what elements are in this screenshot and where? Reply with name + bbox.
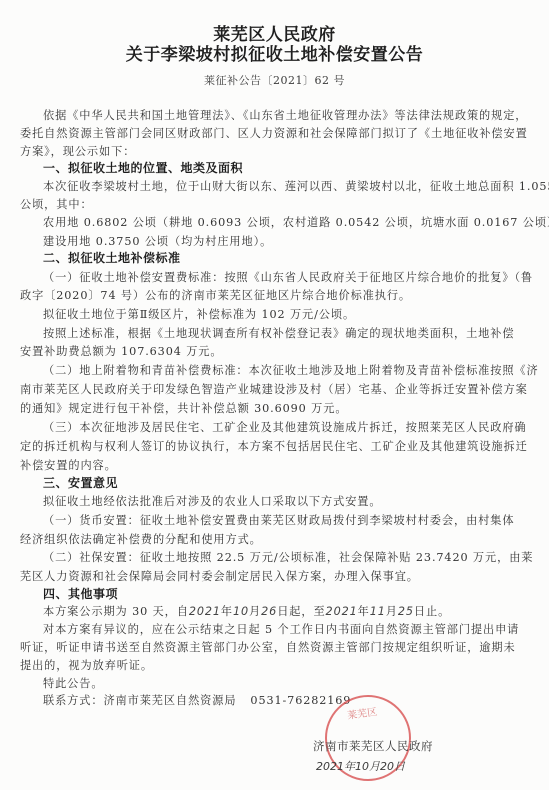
section-2-item-1-line-3: 拟征收土地位于第Ⅱ级区片，补偿标准为 102 万元/公顷。 [43, 307, 532, 322]
end-suffix: 日止。 [414, 605, 450, 618]
section-2-item-3-line-1: （三）本次征地涉及居民住宅、工矿企业及其他建筑设施成片拆迁，按照莱芜区人民政府确 [43, 420, 532, 435]
section-3-line-1: 拟征收土地经依法批准后对涉及的农业人口采取以下方式安置。 [43, 494, 532, 509]
end-month-handwritten: 11 [370, 605, 386, 618]
intro-line-3: 方案》，现公示如下： [20, 144, 532, 159]
end-day-handwritten: 25 [398, 605, 414, 618]
year-label: 年 [221, 605, 233, 618]
section-1-line-3: 农用地 0.6802 公顷（耕地 0.6093 公顷，农村道路 0.0542 公… [43, 215, 532, 230]
start-year-handwritten: 2021 [189, 605, 221, 618]
objection-line-2: 听证，听证申请书送至自然资源主管部门办公室，自然资源主管部门按规定组织听证，逾期… [20, 640, 532, 655]
publicity-period-line: 本方案公示期为 30 天，自2021年10月26日起，至2021年11月25日止… [43, 604, 532, 619]
intro-line-1: 依据《中华人民共和国土地管理法》、《山东省土地征收管理办法》等法律法规政策的规定… [43, 108, 532, 123]
year-label: 年 [358, 605, 370, 618]
signing-date-handwritten: 2021年10月20日 [316, 758, 405, 774]
section-2-item-1-line-2: 政字〔2020〕74 号）公布的济南市莱芜区征地区片综合地价标准执行。 [20, 288, 532, 303]
section-3-heading: 三、安置意见 [43, 476, 118, 491]
objection-line-1: 对本方案有异议的，应在公示结束之日起 5 个工作日内书面向自然资源主管部门提出申… [43, 622, 532, 637]
section-1-heading: 一、拟征收土地的位置、地类及面积 [43, 161, 243, 176]
section-3-item-2-line-1: （二）社保安置：征收土地按照 22.5 万元/公顷标准，社会保障补贴 23.74… [43, 550, 532, 565]
page-title: 关于李梁坡村拟征收土地补偿安置公告 [0, 46, 549, 65]
section-3-item-1-line-1: （一）货币安置：征收土地补偿安置费由莱芜区财政局拨付到李梁坡村村委会，由村集体 [43, 513, 532, 528]
section-3-item-1-line-2: 经济组织依法确定补偿费的分配和使用方式。 [20, 532, 532, 547]
section-2-item-2-line-2: 南市莱芜区人民政府关于印发绿色智造产业城建设涉及村（居）宅基、企业等拆迁安置补偿… [20, 382, 532, 397]
month-label: 月 [249, 605, 261, 618]
section-2-item-1-line-4: 按照上述标准，根据《土地现状调查所有权补偿登记表》确定的现状地类面积，土地补偿 [43, 326, 532, 341]
publicity-period-prefix: 本方案公示期为 30 天，自 [43, 605, 189, 618]
announcement-document: 莱芜区人民政府 关于李梁坡村拟征收土地补偿安置公告 莱征补公告〔2021〕62 … [0, 0, 549, 790]
contact-line: 联系方式：济南市莱芜区自然资源局0531-76282169 [43, 693, 532, 708]
intro-line-2: 委托自然资源主管部门会同区财政部门、区人力资源和社会保障部门拟订了《土地征收补偿… [20, 126, 532, 141]
closing-line: 特此公告。 [43, 676, 532, 691]
contact-label: 联系方式： [43, 694, 103, 707]
section-1-line-2: 公顷，其中： [20, 197, 532, 212]
signing-authority: 济南市莱芜区人民政府 [313, 738, 433, 754]
month-label: 月 [386, 605, 398, 618]
section-3-item-2-line-2: 芜区人力资源和社会保障局会同村委会制定居民入保方案，办理入保事宜。 [20, 569, 532, 584]
start-month-handwritten: 10 [233, 605, 249, 618]
section-2-heading: 二、拟征收土地补偿标准 [43, 251, 181, 266]
section-4-heading: 四、其他事项 [43, 587, 118, 602]
section-1-line-4: 建设用地 0.3750 公顷（均为村庄用地）。 [43, 234, 532, 249]
section-2-item-2-line-1: （二）地上附着物和青苗补偿费标准：本次征收土地涉及地上附着物及青苗补偿标准按照《… [43, 363, 532, 378]
document-number: 莱征补公告〔2021〕62 号 [0, 72, 549, 88]
start-suffix: 日起，至 [277, 605, 325, 618]
title-issuer: 莱芜区人民政府 [0, 26, 549, 45]
contact-org: 济南市莱芜区自然资源局 [103, 694, 236, 707]
contact-phone: 0531-76282169 [250, 694, 351, 707]
section-2-item-1-line-5: 安置补助费总额为 107.6304 万元。 [20, 344, 532, 359]
end-year-handwritten: 2021 [326, 605, 358, 618]
section-1-line-1: 本次征收李梁坡村土地，位于山财大街以东、莲河以西、黄梁坡村以北，征收土地总面积 … [43, 179, 532, 194]
section-2-item-2-line-3: 的通知》规定进行包干补偿，共计补偿总额 30.6090 万元。 [20, 401, 532, 416]
objection-line-3: 提出的，视为放弃听证。 [20, 658, 532, 673]
start-day-handwritten: 26 [261, 605, 277, 618]
section-2-item-1-line-1: （一）征收土地补偿安置费标准：按照《山东省人民政府关于征地区片综合地价的批复》（… [43, 270, 532, 285]
section-2-item-3-line-3: 补偿安置的内容。 [20, 458, 532, 473]
section-2-item-3-line-2: 定的拆迁机构与权利人签订的协议执行，本方案不包括居民住宅、工矿企业及其他建筑设施… [20, 439, 532, 454]
